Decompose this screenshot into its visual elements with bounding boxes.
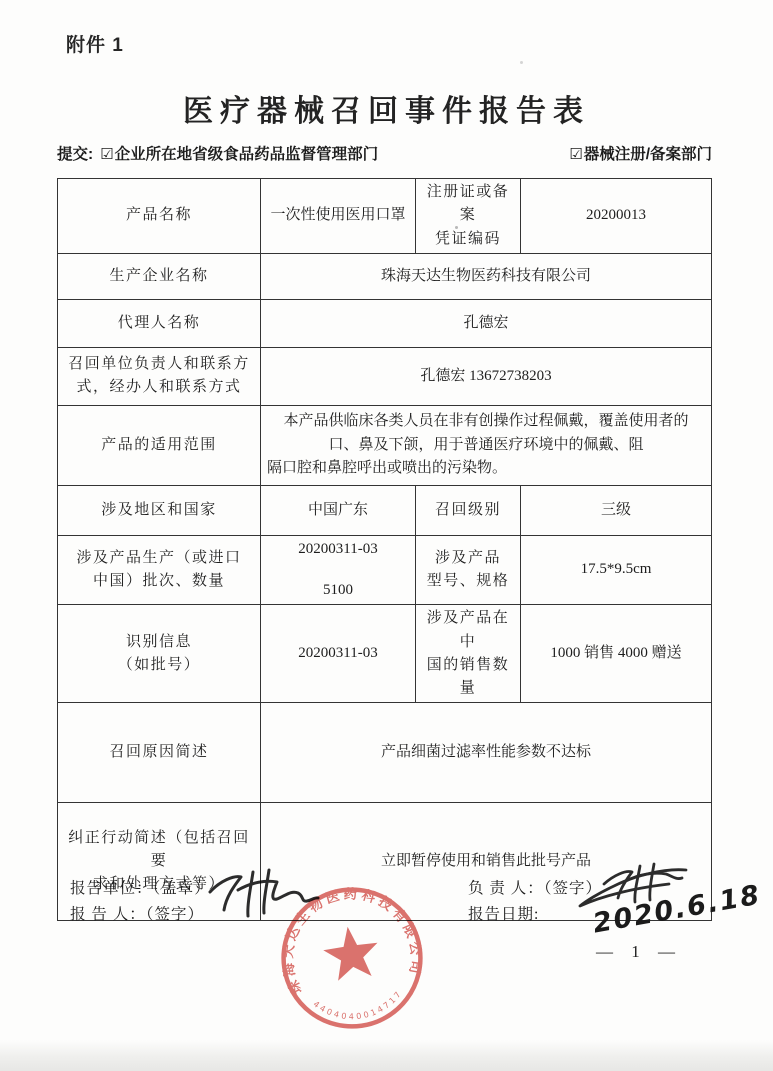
region-value: 中国广东 <box>261 485 416 535</box>
page-title: 医疗器械召回事件报告表 <box>0 86 773 130</box>
submit-destination-right: ☑器械注册/备案部门 <box>565 142 712 164</box>
checkbox-checked-icon: ☑ <box>569 146 582 163</box>
model-label-line1: 涉及产品 <box>420 547 516 570</box>
agent-value: 孔德宏 <box>261 299 712 347</box>
batch-label: 涉及产品生产（或进口 中国）批次、数量 <box>58 535 261 605</box>
footer-left-block: 报告单位：（盖章） 报 告 人：（签字） <box>70 876 211 928</box>
agent-label: 代理人名称 <box>58 299 261 347</box>
contact-label-line1: 召回单位负责人和联系方 <box>62 353 256 376</box>
table-row: 召回原因简述 产品细菌过滤率性能参数不达标 <box>58 703 712 803</box>
table-row: 产品名称 一次性使用医用口罩 注册证或备案 凭证编码 20200013 <box>58 179 712 254</box>
model-label: 涉及产品 型号、规格 <box>416 535 521 605</box>
page-number: — 1 — <box>596 942 682 962</box>
recall-reason-label: 召回原因简述 <box>58 703 261 803</box>
checkbox-checked-icon: ☑ <box>100 146 113 163</box>
model-value: 17.5*9.5cm <box>521 535 712 605</box>
scope-value-line3: 隔口腔和鼻腔呼出或喷出的污染物。 <box>265 457 707 480</box>
id-info-value: 20200311-03 <box>261 605 416 703</box>
recall-report-table: 产品名称 一次性使用医用口罩 注册证或备案 凭证编码 20200013 生产企业… <box>57 178 712 921</box>
scan-edge-shading <box>0 1040 773 1071</box>
company-seal-stamp: 珠海天达生物医药科技有限公司 4404040014717 <box>250 856 453 1059</box>
table-row: 涉及地区和国家 中国广东 召回级别 三级 <box>58 485 712 535</box>
manufacturer-value: 珠海天达生物医药科技有限公司 <box>261 253 712 299</box>
submit-destination-left: 提交:☑企业所在地省级食品药品监督管理部门 <box>57 142 378 164</box>
scope-value-line2: 口、鼻及下颌，用于普通医疗环境中的佩戴、阻 <box>265 434 707 457</box>
reg-cert-label: 注册证或备案 凭证编码 <box>416 179 521 254</box>
manufacturer-label: 生产企业名称 <box>58 253 261 299</box>
reporter-label: 报 告 人：（签字） <box>70 902 211 928</box>
report-unit-label: 报告单位：（盖章） <box>70 876 211 902</box>
scan-speck <box>455 226 458 229</box>
batch-value-quantity: 5100 <box>265 579 411 602</box>
batch-label-line1: 涉及产品生产（或进口 <box>62 547 256 570</box>
id-info-label-line1: 识别信息 <box>62 631 256 654</box>
table-row: 召回单位负责人和联系方 式，经办人和联系方式 孔德宏 13672738203 <box>58 347 712 405</box>
china-sales-label: 涉及产品在中 国的销售数量 <box>416 605 521 703</box>
product-name-label: 产品名称 <box>58 179 261 254</box>
recall-reason-value: 产品细菌过滤率性能参数不达标 <box>261 703 712 803</box>
table-row: 涉及产品生产（或进口 中国）批次、数量 20200311-03 5100 涉及产… <box>58 535 712 605</box>
table-row: 生产企业名称 珠海天达生物医药科技有限公司 <box>58 253 712 299</box>
contact-label: 召回单位负责人和联系方 式，经办人和联系方式 <box>58 347 261 405</box>
signature-stroke <box>635 866 640 902</box>
reg-cert-label-line1: 注册证或备案 <box>420 181 516 228</box>
batch-label-line2: 中国）批次、数量 <box>62 570 256 593</box>
scan-speck <box>520 61 523 64</box>
batch-value-lot: 20200311-03 <box>265 538 411 561</box>
submit-label: 提交: <box>57 146 93 163</box>
submit-dest-right-text: 器械注册/备案部门 <box>584 146 712 163</box>
reg-cert-value: 20200013 <box>521 179 712 254</box>
product-name-value: 一次性使用医用口罩 <box>261 179 416 254</box>
china-sales-label-line2: 国的销售数量 <box>420 654 516 701</box>
china-sales-value: 1000 销售 4000 赠送 <box>521 605 712 703</box>
table-row: 识别信息 （如批号） 20200311-03 涉及产品在中 国的销售数量 100… <box>58 605 712 703</box>
recall-level-value: 三级 <box>521 485 712 535</box>
china-sales-label-line1: 涉及产品在中 <box>420 607 516 654</box>
contact-label-line2: 式，经办人和联系方式 <box>62 376 256 399</box>
batch-value: 20200311-03 5100 <box>261 535 416 605</box>
seal-star-icon <box>321 923 382 982</box>
id-info-label-line2: （如批号） <box>62 654 256 677</box>
region-label: 涉及地区和国家 <box>58 485 261 535</box>
id-info-label: 识别信息 （如批号） <box>58 605 261 703</box>
submit-line: 提交:☑企业所在地省级食品药品监督管理部门 ☑器械注册/备案部门 <box>57 142 712 164</box>
signature-stroke <box>210 877 241 910</box>
table-row: 代理人名称 孔德宏 <box>58 299 712 347</box>
attachment-label: 附件 1 <box>66 30 124 57</box>
table-row: 产品的适用范围 本产品供临床各类人员在非有创操作过程佩戴，覆盖使用者的 口、鼻及… <box>58 405 712 485</box>
scope-label: 产品的适用范围 <box>58 405 261 485</box>
submit-dest-left-text: 企业所在地省级食品药品监督管理部门 <box>115 146 379 163</box>
scope-value: 本产品供临床各类人员在非有创操作过程佩戴，覆盖使用者的 口、鼻及下颌，用于普通医… <box>261 405 712 485</box>
signature-stroke <box>650 864 654 900</box>
scope-value-line1: 本产品供临床各类人员在非有创操作过程佩戴，覆盖使用者的 <box>265 410 707 433</box>
model-label-line2: 型号、规格 <box>420 570 516 593</box>
recall-level-label: 召回级别 <box>416 485 521 535</box>
contact-value: 孔德宏 13672738203 <box>261 347 712 405</box>
reg-cert-label-line2: 凭证编码 <box>420 228 516 251</box>
